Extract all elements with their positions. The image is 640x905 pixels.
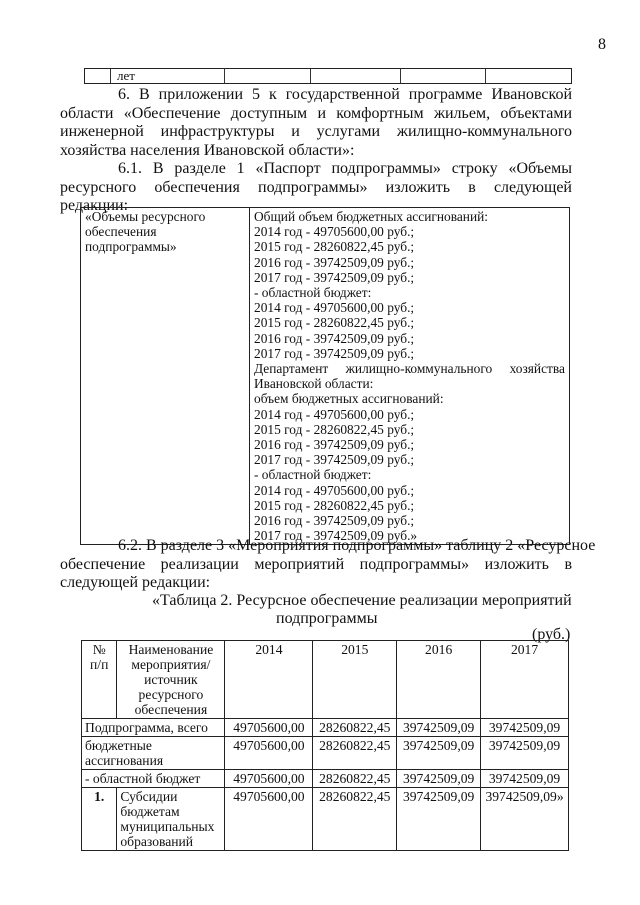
passport-value-line: 2015 год - 28260822,45 руб.; [254,422,565,437]
resource-table: № п/п Наименование мероприятия/ источник… [81,640,569,851]
table-cell [486,69,571,83]
table-cell [85,69,111,83]
passport-value-line: объем бюджетных ассигнований: [254,391,565,406]
table-row: - областной бюджет 49705600,00 28260822,… [82,770,569,788]
passport-value-line: 2014 год - 49705600,00 руб.; [254,407,565,422]
table-row: бюджетные ассигнования 49705600,00 28260… [82,737,569,770]
passport-value-line: 2017 год - 39742509,09 руб.; [254,452,565,467]
passport-value-line: - областной бюджет: [254,285,565,300]
header-year: 2016 [397,641,481,719]
passport-value-line: 2014 год - 49705600,00 руб.; [254,224,565,239]
passport-value-line: Ивановской области: [254,376,565,391]
table-cell [401,69,486,83]
passport-value-line: - областной бюджет: [254,467,565,482]
row-label: бюджетные ассигнования [82,737,225,770]
paragraph-6-2: 6.2. В разделе 3 «Мероприятия подпрограм… [60,537,572,593]
passport-value-line: 2016 год - 39742509,09 руб.; [254,513,565,528]
passport-value-line: 2016 год - 39742509,09 руб.; [254,255,565,270]
row-label: Подпрограмма, всего [82,719,225,737]
row-number: 1. [82,788,117,851]
table-row: Подпрограмма, всего 49705600,00 28260822… [82,719,569,737]
table-caption-line2: подпрограммы [276,610,377,629]
header-name: Наименование мероприятия/ источник ресур… [117,641,225,719]
previous-table-row: лет [84,68,572,84]
passport-value-line: 2015 год - 28260822,45 руб.; [254,315,565,330]
table-cell: лет [111,69,225,83]
row-label: - областной бюджет [82,770,225,788]
passport-value-line: 2014 год - 49705600,00 руб.; [254,483,565,498]
passport-values-cell: Общий объем бюджетных ассигнований:2014 … [250,208,570,545]
passport-value-line: Общий объем бюджетных ассигнований: [254,209,565,224]
passport-value-line: 2017 год - 39742509,09 руб.; [254,346,565,361]
header-year: 2015 [313,641,397,719]
passport-value-line: 2017 год - 39742509,09 руб.; [254,270,565,285]
header-year: 2014 [225,641,313,719]
passport-value-line: Департамент жилищно-коммунального хозяйс… [254,361,565,376]
passport-value-line: 2015 год - 28260822,45 руб.; [254,239,565,254]
table-header-row: № п/п Наименование мероприятия/ источник… [82,641,569,719]
passport-value-line: 2014 год - 49705600,00 руб.; [254,300,565,315]
row-label: Субсидии бюджетам муниципальных образова… [117,788,225,851]
passport-table: «Объемы ресурсного обеспечения подпрогра… [80,207,570,545]
header-num: № п/п [82,641,117,719]
page-number: 8 [598,36,606,54]
table-caption: «Таблица 2. Ресурсное обеспечение реализ… [152,592,572,611]
table-cell [311,69,401,83]
passport-label-cell: «Объемы ресурсного обеспечения подпрогра… [81,208,250,545]
passport-value-line: 2016 год - 39742509,09 руб.; [254,437,565,452]
header-year: 2017 [481,641,569,719]
paragraph-6: 6. В приложении 5 к государственной прог… [60,86,572,160]
passport-value-line: 2015 год - 28260822,45 руб.; [254,498,565,513]
passport-value-line: 2016 год - 39742509,09 руб.; [254,331,565,346]
table-row: 1. Субсидии бюджетам муниципальных образ… [82,788,569,851]
table-cell [225,69,311,83]
